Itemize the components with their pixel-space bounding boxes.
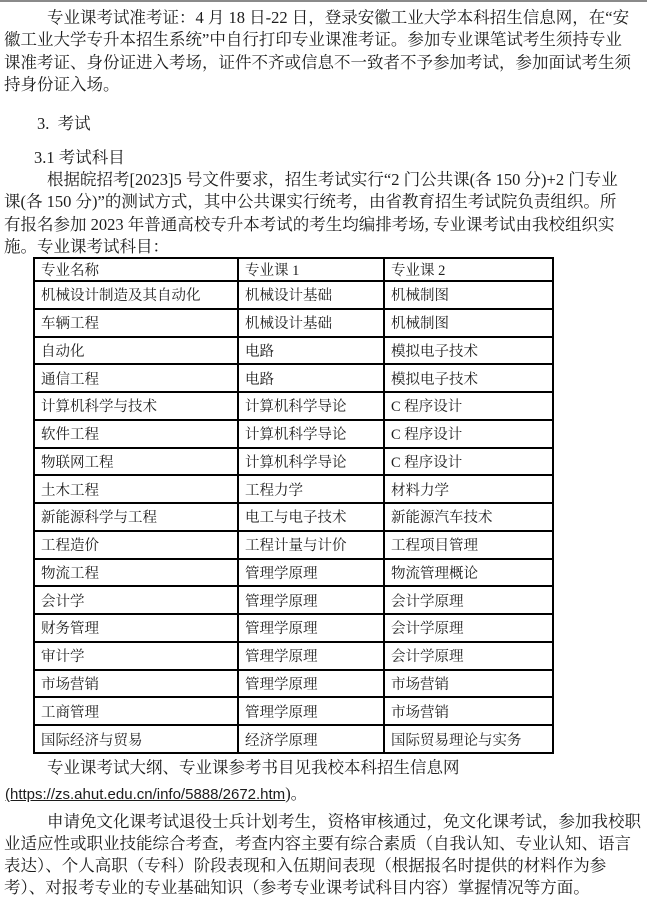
table-cell: 管理学原理 bbox=[238, 614, 384, 642]
exam-intro-paragraph: 根据皖招考[2023]5 号文件要求，招生考试实行“2 门公共课(各 150 分… bbox=[4, 169, 644, 258]
table-cell: 电工与电子技术 bbox=[238, 503, 384, 531]
table-cell: 市场营销 bbox=[384, 697, 553, 725]
table-cell: 机械设计基础 bbox=[238, 281, 384, 309]
table-cell: 工程计量与计价 bbox=[238, 531, 384, 559]
table-cell: 市场营销 bbox=[384, 670, 553, 698]
text-line: 有报名参加 2023 年普通高校专升本考试的考生均编排考场, 专业课考试由我校组… bbox=[4, 214, 644, 236]
table-cell: 新能源科学与工程 bbox=[34, 503, 238, 531]
table-cell: 计算机科学导论 bbox=[238, 420, 384, 448]
table-cell: 国际经济与贸易 bbox=[34, 725, 238, 753]
table-cell: 机械设计制造及其自动化 bbox=[34, 281, 238, 309]
exemption-paragraph: 申请免文化课考试退役士兵计划考生，资格审核通过，免文化课考试，参加我校职业适应性… bbox=[4, 811, 644, 899]
table-cell: 经济学原理 bbox=[238, 725, 384, 753]
table-row: 软件工程计算机科学导论C 程序设计 bbox=[34, 420, 553, 448]
table-row: 物联网工程计算机科学导论C 程序设计 bbox=[34, 448, 553, 476]
table-header-cell: 专业名称 bbox=[34, 258, 238, 281]
table-cell: 物流工程 bbox=[34, 559, 238, 587]
table-row: 工程造价工程计量与计价工程项目管理 bbox=[34, 531, 553, 559]
table-cell: 电路 bbox=[238, 364, 384, 392]
table-cell: 新能源汽车技术 bbox=[384, 503, 553, 531]
table-row: 会计学管理学原理会计学原理 bbox=[34, 586, 553, 614]
table-cell: 车辆工程 bbox=[34, 309, 238, 337]
table-cell: 工程造价 bbox=[34, 531, 238, 559]
table-cell: 工程项目管理 bbox=[384, 531, 553, 559]
table-cell: 会计学 bbox=[34, 586, 238, 614]
text-line: 业适应性或职业技能综合考查，考查内容主要有综合素质（自我认知、专业认知、语言 bbox=[4, 833, 644, 855]
table-cell: 审计学 bbox=[34, 642, 238, 670]
table-cell: 物流管理概论 bbox=[384, 559, 553, 587]
exam-subjects-table: 专业名称 专业课 1 专业课 2 机械设计制造及其自动化机械设计基础机械制图车辆… bbox=[33, 257, 554, 754]
table-row: 工商管理管理学原理市场营销 bbox=[34, 697, 553, 725]
table-cell: 物联网工程 bbox=[34, 448, 238, 476]
table-cell: 财务管理 bbox=[34, 614, 238, 642]
reference-url-suffix: )。 bbox=[285, 784, 307, 803]
text-line: 表达）、个人高职（专科）阶段表现和入伍期间表现（根据报名时提供的材料作为参 bbox=[4, 855, 644, 877]
table-cell: C 程序设计 bbox=[384, 420, 553, 448]
table-cell: 市场营销 bbox=[34, 670, 238, 698]
table-cell: 电路 bbox=[238, 337, 384, 365]
text-line: 徽工业大学专升本招生系统”中自行打印专业课准考证。参加专业课笔试考生须持专业 bbox=[4, 29, 644, 51]
table-cell: 管理学原理 bbox=[238, 642, 384, 670]
table-cell: 计算机科学导论 bbox=[238, 392, 384, 420]
table-cell: C 程序设计 bbox=[384, 448, 553, 476]
text-line: 课(各 150 分)”的测试方式，其中公共课实行统考，由省教育招生考试院负责组织… bbox=[4, 191, 644, 213]
subsection-heading: 3.1 考试科目 bbox=[34, 147, 125, 169]
table-cell: 材料力学 bbox=[384, 475, 553, 503]
table-cell: 会计学原理 bbox=[384, 586, 553, 614]
text-line: 课准考证、身份证进入考场，证件不齐或信息不一致者不予参加考试，参加面试考生须 bbox=[4, 52, 644, 74]
intro-paragraph: 专业课考试准考证：4 月 18 日-22 日，登录安徽工业大学本科招生信息网，在… bbox=[4, 7, 644, 96]
table-cell: 计算机科学导论 bbox=[238, 448, 384, 476]
table-cell: 工程力学 bbox=[238, 475, 384, 503]
table-cell: 软件工程 bbox=[34, 420, 238, 448]
table-row: 机械设计制造及其自动化机械设计基础机械制图 bbox=[34, 281, 553, 309]
reference-url-link[interactable]: (https://zs.ahut.edu.cn/info/5888/2672.h… bbox=[5, 786, 285, 803]
table-cell: 机械制图 bbox=[384, 309, 553, 337]
text-line: 施。专业课考试科目： bbox=[4, 236, 644, 258]
table-cell: 国际贸易理论与实务 bbox=[384, 725, 553, 753]
table-cell: 通信工程 bbox=[34, 364, 238, 392]
table-cell: 自动化 bbox=[34, 337, 238, 365]
text-line: 专业课考试准考证：4 月 18 日-22 日，登录安徽工业大学本科招生信息网，在… bbox=[4, 7, 644, 29]
table-row: 新能源科学与工程电工与电子技术新能源汽车技术 bbox=[34, 503, 553, 531]
document-page: 专业课考试准考证：4 月 18 日-22 日，登录安徽工业大学本科招生信息网，在… bbox=[0, 0, 647, 899]
text-line: 申请免文化课考试退役士兵计划考生，资格审核通过，免文化课考试，参加我校职 bbox=[4, 811, 644, 833]
reference-note-text: 专业课考试大纲、专业课参考书目见我校本科招生信息网 bbox=[47, 757, 460, 779]
table-cell: 管理学原理 bbox=[238, 697, 384, 725]
table-row: 车辆工程机械设计基础机械制图 bbox=[34, 309, 553, 337]
table-row: 财务管理管理学原理会计学原理 bbox=[34, 614, 553, 642]
table-row: 市场营销管理学原理市场营销 bbox=[34, 670, 553, 698]
table-cell: 管理学原理 bbox=[238, 670, 384, 698]
text-line: 根据皖招考[2023]5 号文件要求，招生考试实行“2 门公共课(各 150 分… bbox=[4, 169, 644, 191]
table-cell: 机械制图 bbox=[384, 281, 553, 309]
table-cell: 土木工程 bbox=[34, 475, 238, 503]
table-cell: 管理学原理 bbox=[238, 586, 384, 614]
table-row: 土木工程工程力学材料力学 bbox=[34, 475, 553, 503]
page-top-border bbox=[0, 0, 647, 2]
table-row: 自动化电路模拟电子技术 bbox=[34, 337, 553, 365]
reference-note-url-line: (https://zs.ahut.edu.cn/info/5888/2672.h… bbox=[5, 783, 307, 806]
table-cell: 工商管理 bbox=[34, 697, 238, 725]
table-row: 审计学管理学原理会计学原理 bbox=[34, 642, 553, 670]
table-cell: 会计学原理 bbox=[384, 614, 553, 642]
table-row: 国际经济与贸易经济学原理国际贸易理论与实务 bbox=[34, 725, 553, 753]
table-cell: C 程序设计 bbox=[384, 392, 553, 420]
table-row: 计算机科学与技术计算机科学导论C 程序设计 bbox=[34, 392, 553, 420]
table-cell: 模拟电子技术 bbox=[384, 337, 553, 365]
table-cell: 计算机科学与技术 bbox=[34, 392, 238, 420]
section-heading: 3. 考试 bbox=[37, 113, 91, 135]
table-cell: 管理学原理 bbox=[238, 559, 384, 587]
table-header-cell: 专业课 2 bbox=[384, 258, 553, 281]
table-cell: 会计学原理 bbox=[384, 642, 553, 670]
table-header-cell: 专业课 1 bbox=[238, 258, 384, 281]
text-line: 持身份证入场。 bbox=[4, 74, 644, 96]
table-row: 通信工程电路模拟电子技术 bbox=[34, 364, 553, 392]
table-header-row: 专业名称 专业课 1 专业课 2 bbox=[34, 258, 553, 281]
table-cell: 模拟电子技术 bbox=[384, 364, 553, 392]
text-line: 考）、对报考专业的专业基础知识（参考专业课考试科目内容）掌握情况等方面。 bbox=[4, 877, 644, 899]
table-row: 物流工程管理学原理物流管理概论 bbox=[34, 559, 553, 587]
table-cell: 机械设计基础 bbox=[238, 309, 384, 337]
